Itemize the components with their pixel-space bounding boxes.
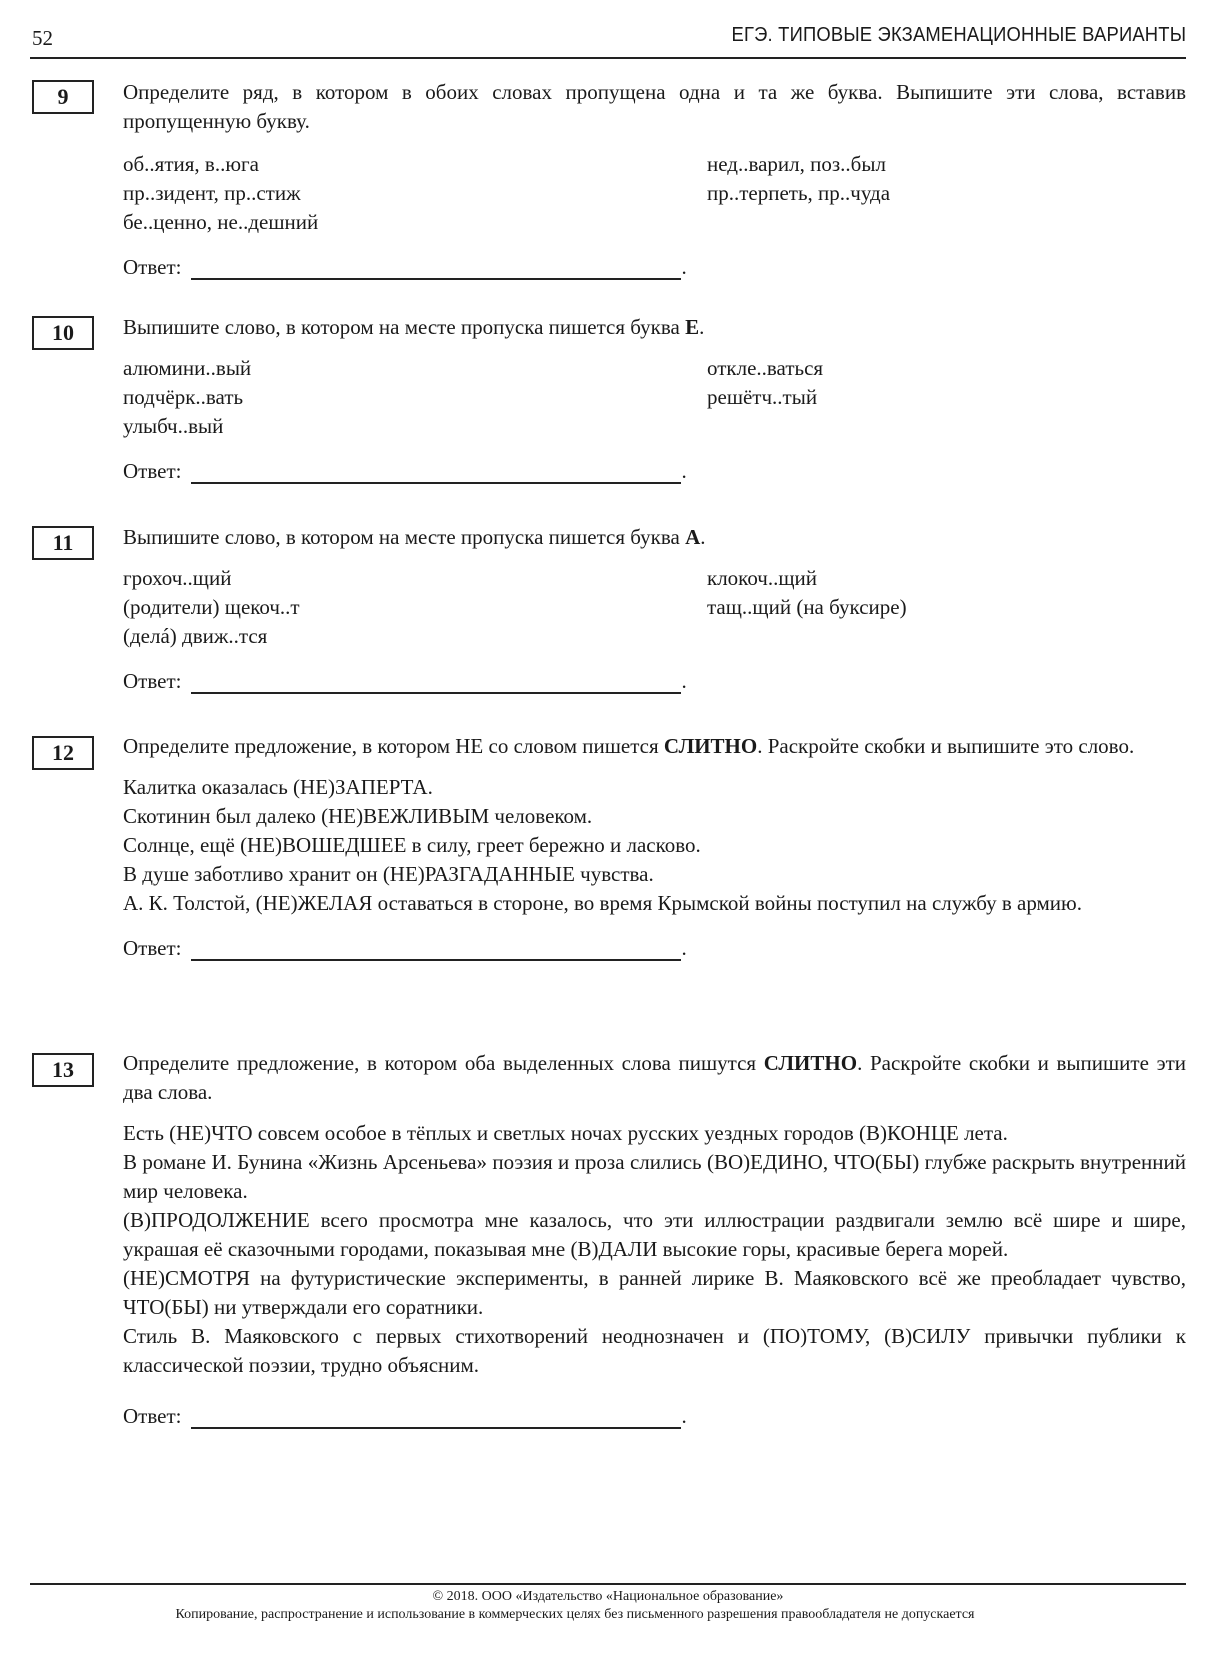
options-left: грохоч..щий (родители) щекоч..т (делá) д… xyxy=(123,564,707,651)
task-number-box: 10 xyxy=(32,316,94,350)
option: пр..терпеть, пр..чуда xyxy=(707,179,1186,208)
task-body: Определите ряд, в котором в обоих словах… xyxy=(123,78,1186,280)
sentence: Есть (НЕ)ЧТО совсем особое в тёплых и св… xyxy=(123,1119,1186,1148)
option: пр..зидент, пр..стиж xyxy=(123,179,707,208)
sentence-list: Есть (НЕ)ЧТО совсем особое в тёплых и св… xyxy=(123,1119,1186,1380)
answer-field[interactable] xyxy=(191,670,681,694)
task-number-box: 12 xyxy=(32,736,94,770)
prompt-text: . Раскройте скобки и выпишите это слово. xyxy=(757,734,1134,758)
footer-disclaimer: Копирование, распространение и использов… xyxy=(0,1607,1150,1623)
option: алюмини..вый xyxy=(123,354,707,383)
task-prompt: Определите предложение, в котором НЕ со … xyxy=(123,732,1186,761)
task-prompt: Выпишите слово, в котором на месте пропу… xyxy=(123,313,1186,342)
option: откле..ваться xyxy=(707,354,1186,383)
running-title: ЕГЭ. ТИПОВЫЕ ЭКЗАМЕНАЦИОННЫЕ ВАРИАНТЫ xyxy=(731,24,1186,47)
task-number-box: 13 xyxy=(32,1053,94,1087)
prompt-emphasis: СЛИТНО xyxy=(764,1051,857,1075)
options-grid: грохоч..щий (родители) щекоч..т (делá) д… xyxy=(123,564,1186,651)
task-prompt: Выпишите слово, в котором на месте пропу… xyxy=(123,523,1186,552)
option: грохоч..щий xyxy=(123,564,707,593)
task-body: Выпишите слово, в котором на месте пропу… xyxy=(123,313,1186,484)
prompt-emphasis: А xyxy=(685,525,700,549)
sentence: Калитка оказалась (НЕ)ЗАПЕРТА. xyxy=(123,773,1186,802)
prompt-text: Выпишите слово, в котором на месте пропу… xyxy=(123,315,685,339)
prompt-emphasis: СЛИТНО xyxy=(664,734,757,758)
page-number: 52 xyxy=(32,26,53,51)
options-right: нед..варил, поз..был пр..терпеть, пр..чу… xyxy=(707,150,1186,237)
answer-field[interactable] xyxy=(191,256,681,280)
answer-row: Ответ: . xyxy=(123,255,1186,280)
answer-label: Ответ: xyxy=(123,255,181,280)
sentence: (В)ПРОДОЛЖЕНИЕ всего просмотра мне казал… xyxy=(123,1206,1186,1264)
answer-row: Ответ: . xyxy=(123,669,1186,694)
option: (делá) движ..тся xyxy=(123,622,707,651)
sentence: Скотинин был далеко (НЕ)ВЕЖЛИВЫМ человек… xyxy=(123,802,1186,831)
sentence: В романе И. Бунина «Жизнь Арсеньева» поэ… xyxy=(123,1148,1186,1206)
answer-label: Ответ: xyxy=(123,1404,181,1429)
option: клокоч..щий xyxy=(707,564,1186,593)
options-left: об..ятия, в..юга пр..зидент, пр..стиж бе… xyxy=(123,150,707,237)
option: бе..ценно, не..дешний xyxy=(123,208,707,237)
option: подчёрк..вать xyxy=(123,383,707,412)
answer-field[interactable] xyxy=(191,460,681,484)
sentence: Стиль В. Маяковского с первых стихотворе… xyxy=(123,1322,1186,1380)
option: улыбч..вый xyxy=(123,412,707,441)
option: тащ..щий (на буксире) xyxy=(707,593,1186,622)
prompt-text: Определите предложение, в котором оба вы… xyxy=(123,1051,764,1075)
answer-period: . xyxy=(681,936,686,961)
task-body: Выпишите слово, в котором на месте пропу… xyxy=(123,523,1186,694)
prompt-text: . xyxy=(699,315,704,339)
task-number-box: 11 xyxy=(32,526,94,560)
sentence: Солнце, ещё (НЕ)ВОШЕДШЕЕ в силу, греет б… xyxy=(123,831,1186,860)
option: решётч..тый xyxy=(707,383,1186,412)
task-body: Определите предложение, в котором оба вы… xyxy=(123,1049,1186,1429)
task-number-box: 9 xyxy=(32,80,94,114)
answer-label: Ответ: xyxy=(123,936,181,961)
prompt-text: Определите предложение, в котором НЕ со … xyxy=(123,734,664,758)
answer-row: Ответ: . xyxy=(123,1404,1186,1429)
task-prompt: Определите предложение, в котором оба вы… xyxy=(123,1049,1186,1107)
answer-field[interactable] xyxy=(191,937,681,961)
task-prompt: Определите ряд, в котором в обоих словах… xyxy=(123,78,1186,136)
footer-copyright: © 2018. ООО «Издательство «Национальное … xyxy=(0,1589,1216,1605)
answer-period: . xyxy=(681,1404,686,1429)
option: об..ятия, в..юга xyxy=(123,150,707,179)
prompt-emphasis: Е xyxy=(685,315,699,339)
options-right: клокоч..щий тащ..щий (на буксире) xyxy=(707,564,1186,651)
option: нед..варил, поз..был xyxy=(707,150,1186,179)
answer-label: Ответ: xyxy=(123,459,181,484)
options-left: алюмини..вый подчёрк..вать улыбч..вый xyxy=(123,354,707,441)
answer-row: Ответ: . xyxy=(123,936,1186,961)
footer-divider xyxy=(30,1583,1186,1585)
sentence-list: Калитка оказалась (НЕ)ЗАПЕРТА. Скотинин … xyxy=(123,773,1186,918)
option: (родители) щекоч..т xyxy=(123,593,707,622)
task-body: Определите предложение, в котором НЕ со … xyxy=(123,732,1186,961)
header-divider xyxy=(30,57,1186,59)
prompt-text: Выпишите слово, в котором на месте пропу… xyxy=(123,525,685,549)
options-grid: алюмини..вый подчёрк..вать улыбч..вый от… xyxy=(123,354,1186,441)
answer-field[interactable] xyxy=(191,1405,681,1429)
answer-period: . xyxy=(681,669,686,694)
answer-period: . xyxy=(681,255,686,280)
sentence: В душе заботливо хранит он (НЕ)РАЗГАДАНН… xyxy=(123,860,1186,889)
answer-label: Ответ: xyxy=(123,669,181,694)
prompt-text: . xyxy=(700,525,705,549)
sentence: (НЕ)СМОТРЯ на футуристические эксперимен… xyxy=(123,1264,1186,1322)
answer-row: Ответ: . xyxy=(123,459,1186,484)
options-grid: об..ятия, в..юга пр..зидент, пр..стиж бе… xyxy=(123,150,1186,237)
answer-period: . xyxy=(681,459,686,484)
sentence: А. К. Толстой, (НЕ)ЖЕЛАЯ оставаться в ст… xyxy=(123,889,1186,918)
options-right: откле..ваться решётч..тый xyxy=(707,354,1186,441)
